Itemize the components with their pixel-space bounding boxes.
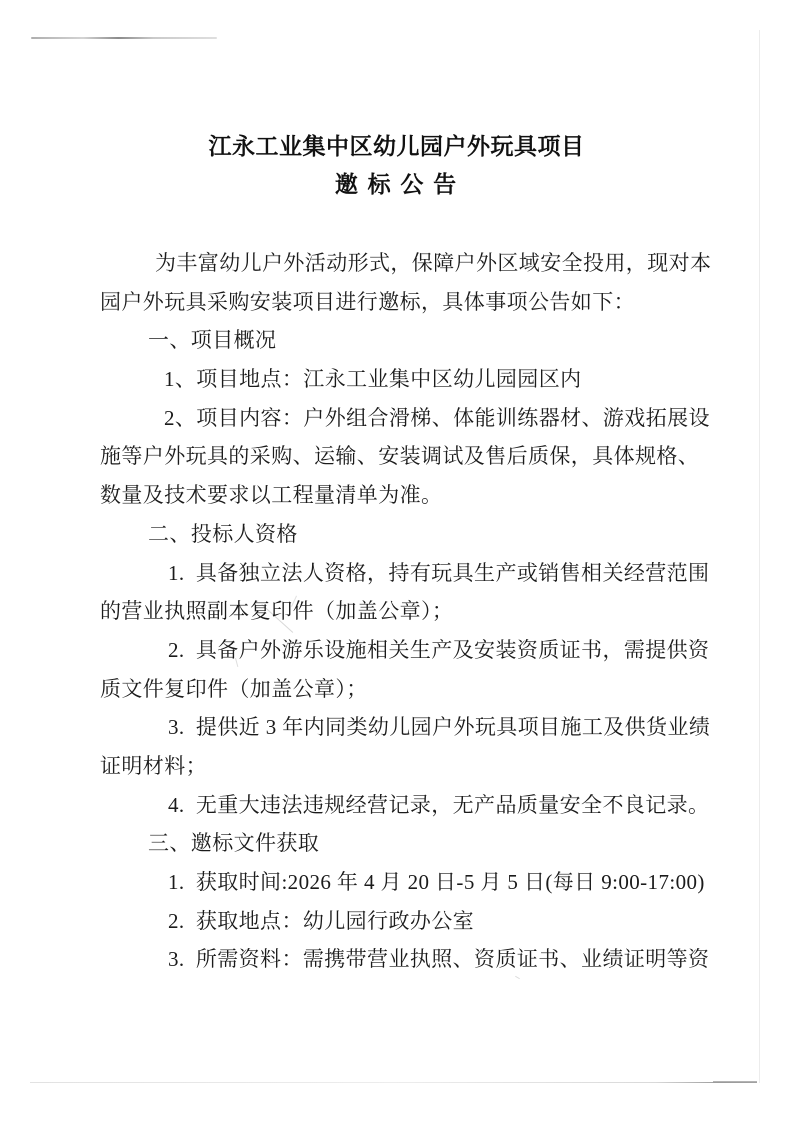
document-line-11: 2. 具备户外游乐设施相关生产及安装资质证书，需提供资 bbox=[100, 631, 700, 670]
document-line-4: 1、项目地点：江永工业集中区幼儿园园区内 bbox=[100, 360, 700, 399]
page-bottom-edge-dark-artifact bbox=[713, 1081, 757, 1083]
document-line-17: 1. 获取时间:2026 年 4 月 20 日-5 月 5 日(每日 9:00-… bbox=[100, 863, 700, 902]
document-line-14: 证明材料； bbox=[100, 747, 700, 786]
document-title-block: 江永工业集中区幼儿园户外玩具项目 邀 标 公 告 bbox=[0, 128, 793, 204]
document-line-1: 为丰富幼儿户外活动形式，保障户外区域安全投用，现对本 bbox=[100, 244, 700, 283]
scanned-document-page: 江永工业集中区幼儿园户外玩具项目 邀 标 公 告 为丰富幼儿户外活动形式，保障户… bbox=[0, 0, 793, 1122]
document-line-5: 2、项目内容：户外组合滑梯、体能训练器材、游戏拓展设 bbox=[100, 399, 700, 438]
document-subtitle: 邀 标 公 告 bbox=[0, 166, 793, 204]
document-line-9: 1. 具备独立法人资格，持有玩具生产或销售相关经营范围 bbox=[100, 554, 700, 593]
document-line-2: 园户外玩具采购安装项目进行邀标，具体事项公告如下： bbox=[100, 283, 700, 322]
document-line-18: 2. 获取地点：幼儿园行政办公室 bbox=[100, 902, 700, 941]
document-line-16: 三、邀标文件获取 bbox=[100, 824, 700, 863]
document-line-13: 3. 提供近 3 年内同类幼儿园户外玩具项目施工及供货业绩 bbox=[100, 708, 700, 747]
document-line-12: 质文件复印件（加盖公章）； bbox=[100, 670, 700, 709]
document-line-10: 的营业执照副本复印件（加盖公章）； bbox=[100, 592, 700, 631]
document-line-7: 数量及技术要求以工程量清单为准。 bbox=[100, 476, 700, 515]
document-line-19: 3. 所需资料：需携带营业执照、资质证书、业绩证明等资 bbox=[100, 940, 700, 979]
document-line-3: 一、项目概况 bbox=[100, 321, 700, 360]
document-line-6: 施等户外玩具的采购、运输、安装调试及售后质保，具体规格、 bbox=[100, 437, 700, 476]
scan-streak-artifact bbox=[31, 37, 217, 39]
document-lines: 为丰富幼儿户外活动形式，保障户外区域安全投用，现对本园户外玩具采购安装项目进行邀… bbox=[100, 244, 700, 979]
document-line-8: 二、投标人资格 bbox=[100, 515, 700, 554]
document-title: 江永工业集中区幼儿园户外玩具项目 bbox=[0, 128, 793, 166]
document-line-15: 4. 无重大违法违规经营记录，无产品质量安全不良记录。 bbox=[100, 786, 700, 825]
page-bottom-edge-artifact bbox=[30, 1082, 757, 1083]
